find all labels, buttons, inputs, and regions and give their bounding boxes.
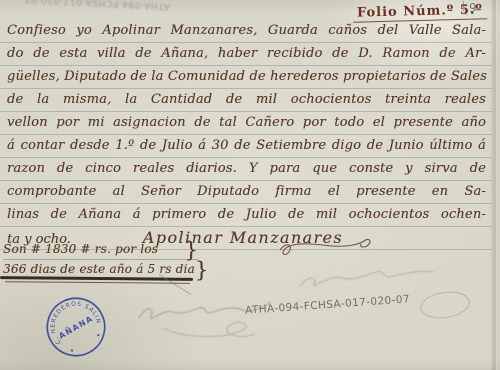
brace: } (195, 261, 209, 280)
manuscript-line: á contar desde 1.º de Julio á 30 de Seti… (0, 135, 492, 158)
page-crease (490, 0, 499, 370)
amount-note: Son # 1830 # rs. por los } 366 dias de e… (3, 240, 198, 279)
signature-flourish (276, 238, 376, 256)
faint-pencil-signature (295, 264, 460, 294)
manuscript-body: Confieso yo Apolinar Manzanares, Guarda … (0, 20, 492, 250)
manuscript-line: de la misma, la Cantidad de mil ochocien… (0, 89, 492, 112)
manuscript-line: vellon por mi asignacion de tal Cañero p… (0, 112, 492, 135)
manuscript-line: Confieso yo Apolinar Manzanares, Guarda … (0, 20, 492, 43)
faint-pencil-signature (133, 292, 303, 344)
manuscript-line: comprobante al Señor Diputado firma el p… (0, 181, 492, 204)
manuscript-line: güelles, Diputado de la Comunidad de her… (0, 66, 492, 89)
manuscript-line: do de esta villa de Añana, haber recibid… (0, 43, 492, 66)
amount-note-line1: Son # 1830 # rs. por los } (3, 240, 198, 260)
manuscript-line: linas de Añana á primero de Julio de mil… (0, 204, 492, 227)
community-stamp: C. HEREDEROS SALINAS AÑANA ✦ ✦ (36, 290, 116, 364)
ink-bleed-through: ATHA-094-FCHSA-017-020-07 (50, 0, 170, 11)
stamp-star-icon: ✦ (68, 347, 76, 356)
stamp-center-text: AÑANA (57, 313, 95, 341)
document-page: ATHA-094-FCHSA-017-020-07 Folio Núm.º 5.… (0, 0, 500, 370)
corner-page-number: 9 (463, 1, 480, 17)
manuscript-line: razon de cinco reales diarios. Y para qu… (0, 158, 492, 181)
